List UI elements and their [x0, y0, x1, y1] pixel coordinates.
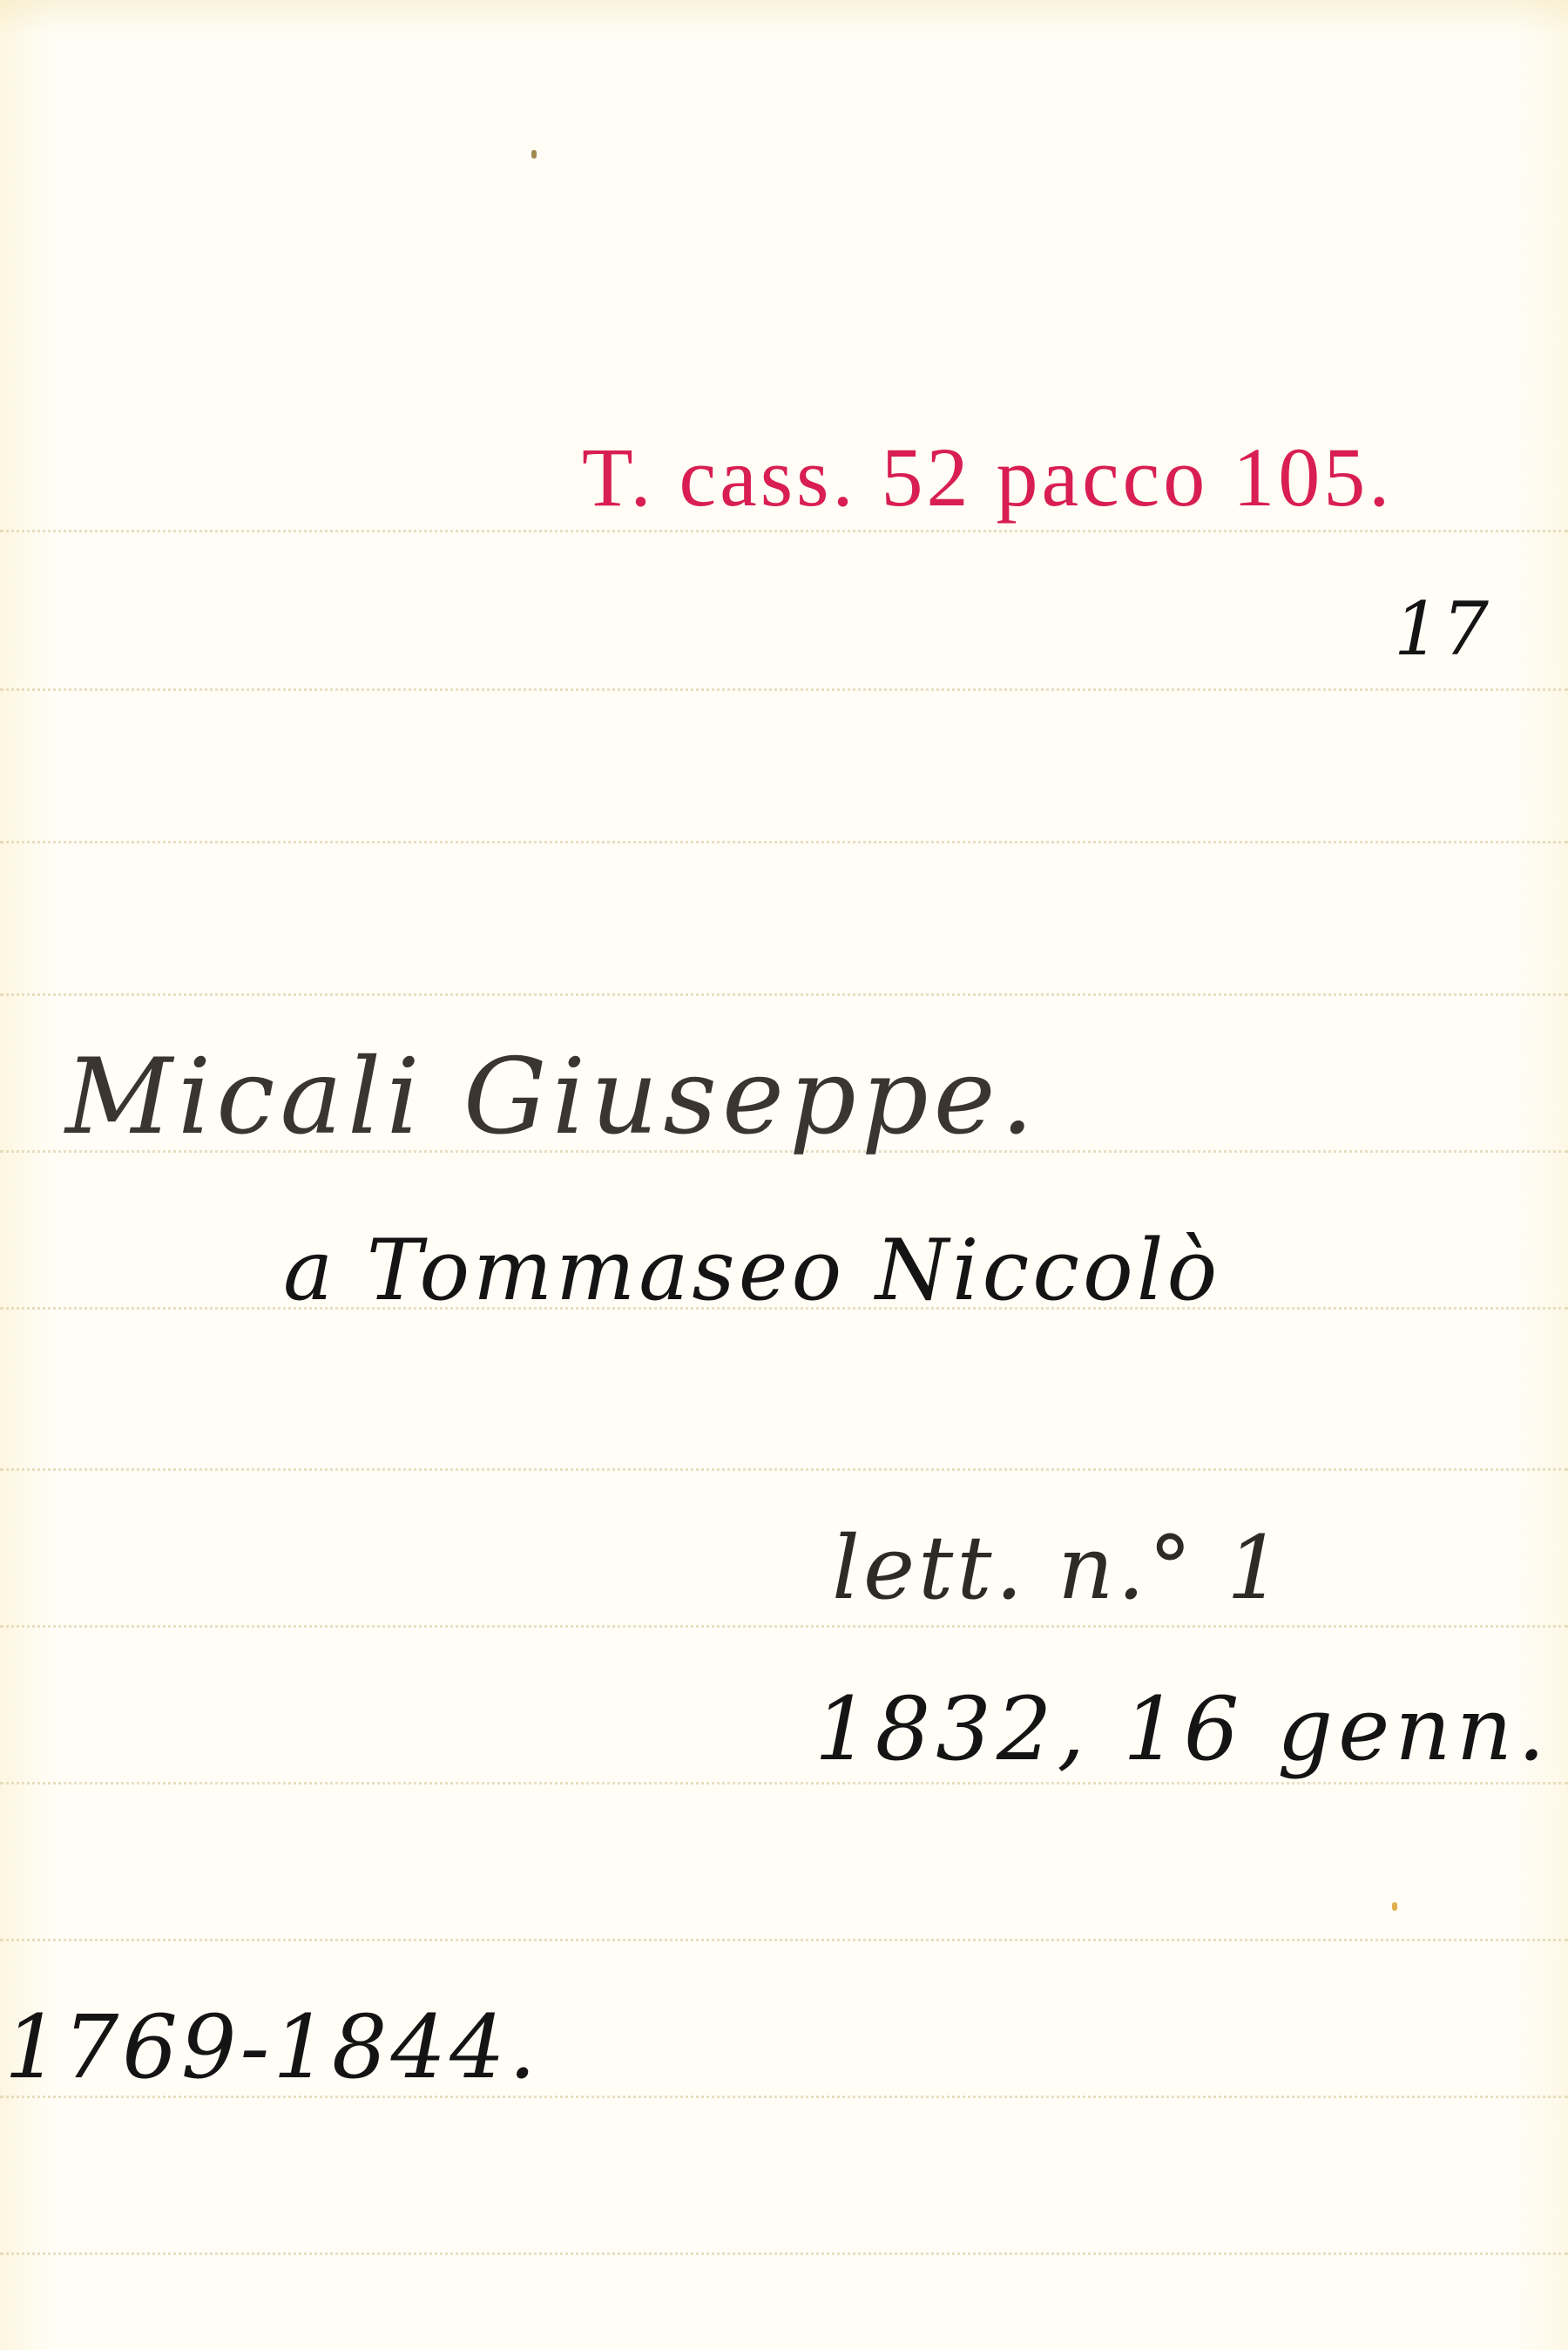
- archive-reference: T. cass. 52 pacco 105.: [582, 436, 1393, 519]
- ruled-line: [0, 1939, 1568, 1941]
- ruled-line: [0, 1625, 1568, 1628]
- author-name: Micali Giuseppe.: [65, 1046, 1039, 1150]
- ruled-line: [0, 530, 1568, 532]
- archive-index-card: T. cass. 52 pacco 105. 17 Micali Giusepp…: [0, 0, 1568, 2350]
- ruled-line: [0, 841, 1568, 843]
- letter-count: lett. n.° 1: [832, 1525, 1286, 1612]
- ruled-line: [0, 688, 1568, 691]
- paper-speck: [531, 150, 537, 159]
- recipient-name: a Tommaseo Niccolò: [283, 1229, 1220, 1312]
- letter-date: 1832, 16 genn.: [814, 1686, 1551, 1773]
- ruled-line: [0, 2252, 1568, 2255]
- ruled-line: [0, 993, 1568, 996]
- item-number: 17: [1394, 593, 1490, 666]
- ruled-line: [0, 1782, 1568, 1785]
- paper-speck: [1392, 1902, 1397, 1911]
- life-dates: 1769-1844.: [4, 2004, 540, 2091]
- ruled-line: [0, 1468, 1568, 1471]
